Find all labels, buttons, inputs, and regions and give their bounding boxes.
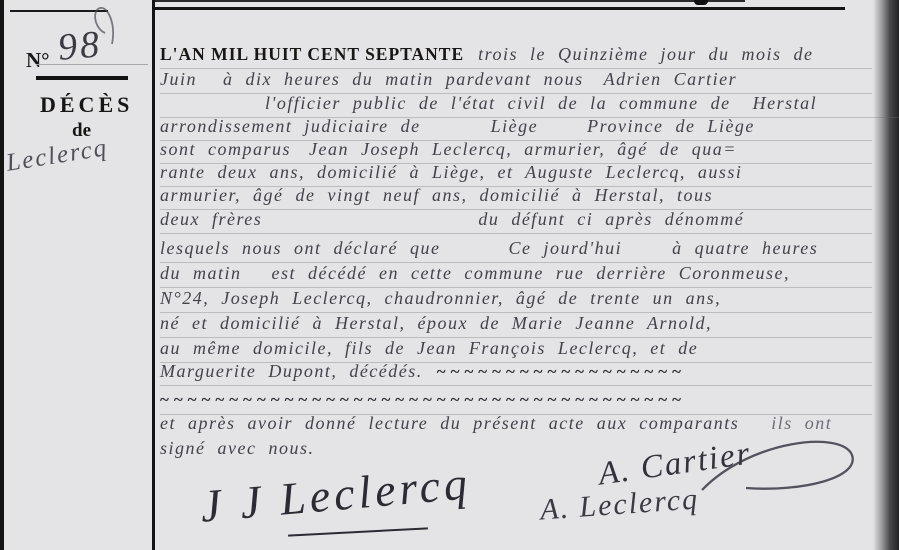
body-line: né et domicilié à Herstal, époux de Mari… bbox=[160, 313, 872, 338]
handwritten-text: Adrien Cartier bbox=[604, 69, 738, 89]
handwritten-text: du matin bbox=[160, 263, 242, 283]
body-line: au même domicile, fils de Jean François … bbox=[160, 338, 872, 363]
handwritten-text: signé avec nous. bbox=[160, 438, 314, 458]
body-line: Marguerite Dupont, décédés. ~~~~~~~~~~~~… bbox=[160, 361, 872, 386]
handwritten-text: Ce jourd'hui bbox=[508, 238, 622, 258]
body-line: du matin est décédé en cette commune rue… bbox=[160, 263, 872, 288]
handwritten-text: rante deux ans, domicilié à Liège, et Au… bbox=[160, 162, 742, 182]
previous-entry-ink-mark bbox=[694, 0, 708, 5]
margin-heavy-rule bbox=[36, 76, 128, 80]
act-number-label: N° bbox=[26, 48, 50, 73]
signature-underline-stroke bbox=[288, 527, 428, 536]
body-line: arrondissement judiciaire de Liège Provi… bbox=[160, 116, 872, 141]
printed-form-text: L'AN MIL HUIT CENT SEPTANTE bbox=[160, 44, 464, 64]
handwritten-text: Herstal bbox=[753, 93, 818, 113]
handwritten-text: à quatre heures bbox=[672, 238, 818, 258]
body-line: Juin à dix heures du matin pardevant nou… bbox=[160, 69, 872, 94]
body-line: N°24, Joseph Leclercq, chaudronnier, âgé… bbox=[160, 288, 872, 313]
handwritten-text: N°24, Joseph Leclercq, chaudronnier, âgé… bbox=[160, 288, 721, 308]
handwritten-text: trois le Quinzième jour du mois de bbox=[478, 44, 813, 64]
death-record-scan: N° 98 DÉCÈS de Leclercq L'AN MIL HUIT CE… bbox=[0, 0, 899, 550]
pen-flourish bbox=[70, 2, 122, 48]
signature-paraph-flourish bbox=[690, 428, 875, 513]
handwritten-text: rue derrière Coronmeuse, bbox=[556, 263, 790, 283]
signature-declarant-2: A. Leclercq bbox=[539, 482, 700, 527]
margin-title: DÉCÈS bbox=[40, 92, 133, 118]
handwritten-text: du défunt ci après dénommé bbox=[478, 209, 744, 229]
body-line: rante deux ans, domicilié à Liège, et Au… bbox=[160, 162, 872, 187]
signature-declarant-1: J J Leclercq bbox=[198, 456, 473, 532]
body-line: lesquels nous ont déclaré que Ce jourd'h… bbox=[160, 238, 872, 263]
handwritten-text: et après avoir donné lecture du présent … bbox=[160, 413, 739, 433]
handwritten-text: au même domicile, fils de Jean François … bbox=[160, 338, 698, 358]
handwritten-text: Province de Liège bbox=[587, 116, 755, 136]
handwritten-text: est décédé en cette commune bbox=[272, 263, 544, 283]
handwritten-text: armurier, âgé de vingt neuf ans, domicil… bbox=[160, 185, 713, 205]
book-gutter-shadow bbox=[873, 0, 899, 550]
handwritten-text: Juin bbox=[160, 69, 197, 89]
line-filler-strokes: ~~~~~~~~~~~~~~~~~~ bbox=[437, 362, 686, 381]
top-thin-rule bbox=[155, 0, 745, 2]
margin-thin-rule bbox=[36, 64, 148, 65]
handwritten-text: l'officier public de l'état civil de la … bbox=[265, 93, 731, 113]
margin-deceased-name: Leclercq bbox=[4, 134, 110, 178]
margin-column-rule bbox=[152, 0, 155, 550]
top-heavy-rule bbox=[155, 7, 845, 10]
handwritten-text: Marguerite Dupont, décédés. bbox=[160, 361, 423, 381]
body-line: sont comparus Jean Joseph Leclercq, armu… bbox=[160, 139, 872, 164]
page-left-border bbox=[0, 0, 4, 550]
handwritten-text: deux frères bbox=[160, 209, 262, 229]
handwritten-text: sont comparus bbox=[160, 139, 291, 159]
handwritten-text: arrondissement judiciaire de bbox=[160, 116, 421, 136]
handwritten-text: Jean Joseph Leclercq, armurier, âgé de q… bbox=[309, 139, 737, 159]
handwritten-text: né et domicilié à Herstal, époux de Mari… bbox=[160, 313, 712, 333]
body-line: L'AN MIL HUIT CENT SEPTANTE trois le Qui… bbox=[160, 44, 872, 69]
body-line: l'officier public de l'état civil de la … bbox=[160, 93, 899, 118]
handwritten-text: Liège bbox=[491, 116, 539, 136]
body-line: ~~~~~~~~~~~~~~~~~~~~~~~~~~~~~~~~~~~~~~ bbox=[160, 390, 872, 415]
handwritten-text: lesquels nous ont déclaré que bbox=[160, 238, 440, 258]
line-filler-strokes: ~~~~~~~~~~~~~~~~~~~~~~~~~~~~~~~~~~~~~~ bbox=[160, 390, 686, 409]
handwritten-text: à dix heures du matin pardevant nous bbox=[223, 69, 584, 89]
body-line: armurier, âgé de vingt neuf ans, domicil… bbox=[160, 185, 872, 210]
body-line: deux frères du défunt ci après dénommé bbox=[160, 209, 872, 234]
